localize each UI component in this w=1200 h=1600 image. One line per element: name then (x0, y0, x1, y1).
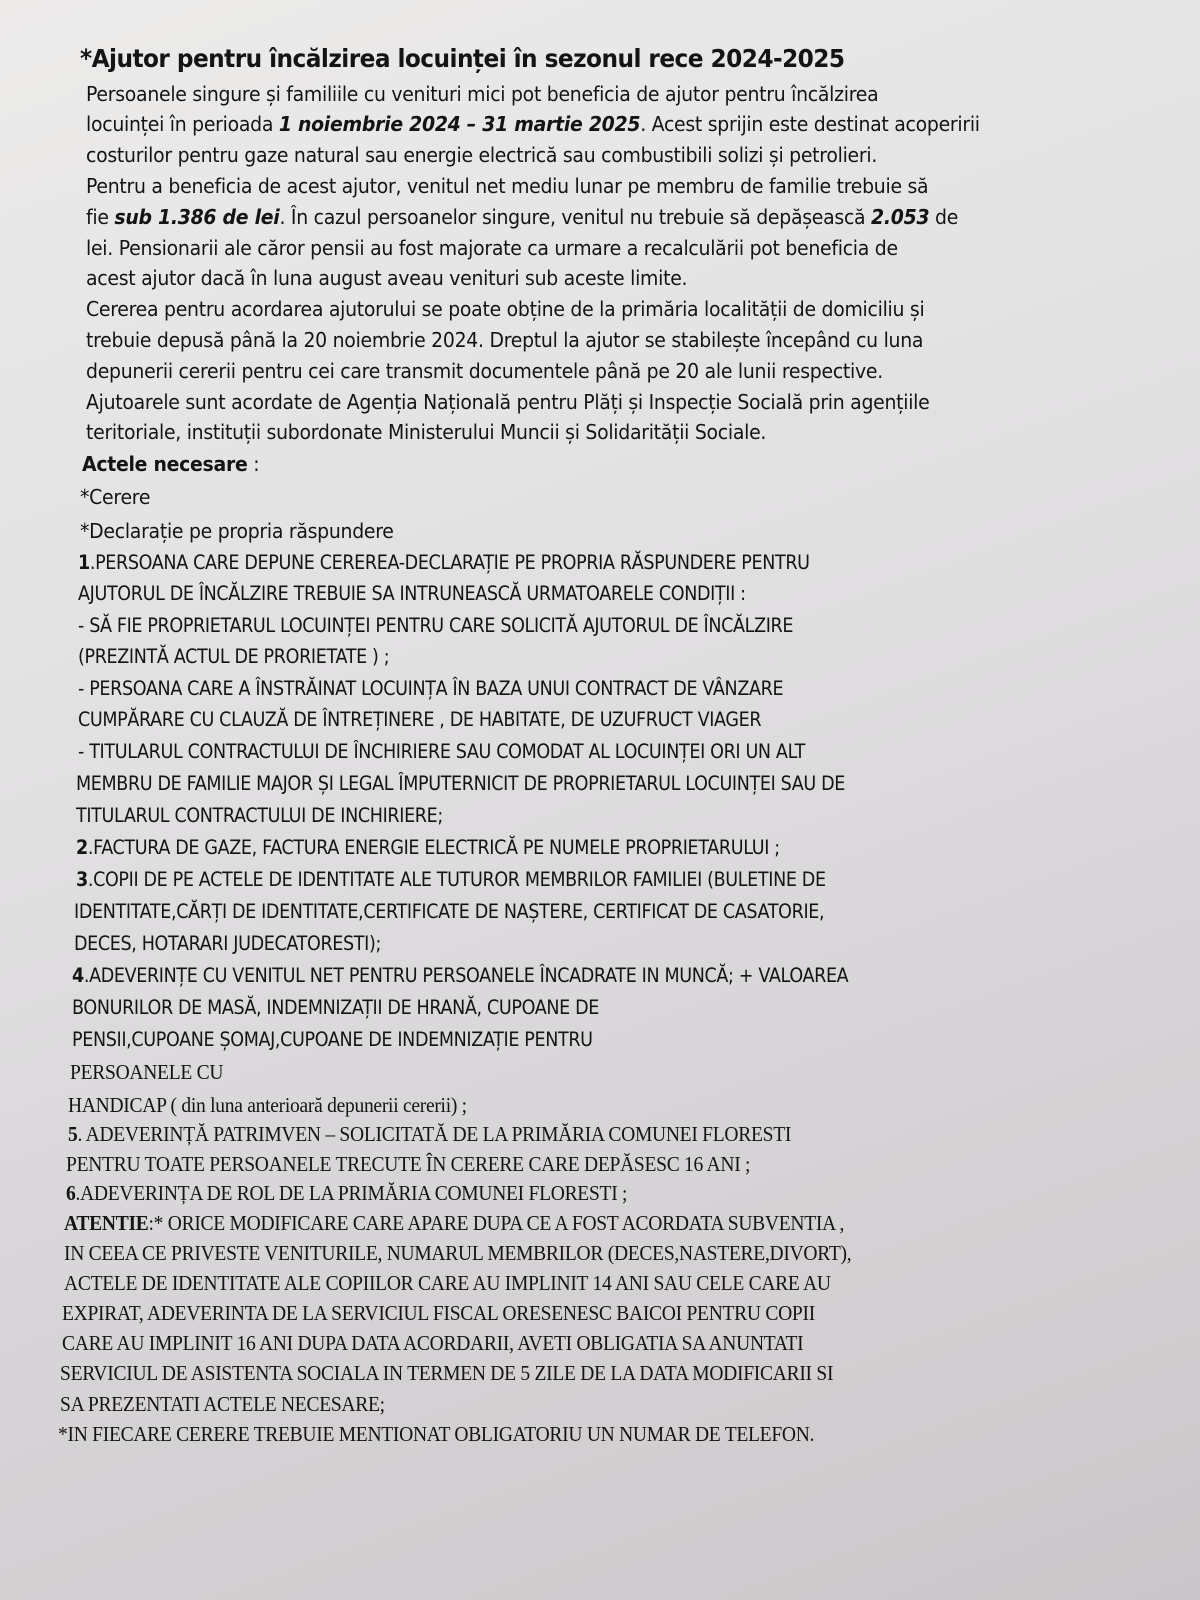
condition-line: 1.PERSOANA CARE DEPUNE CEREREA-DECLARAȚI… (78, 551, 810, 574)
condition-line: MEMBRU DE FAMILIE MAJOR ȘI LEGAL ÎMPUTER… (76, 772, 845, 795)
attention-line: SA PREZENTATI ACTELE NECESARE; (60, 1392, 385, 1417)
condition-line: AJUTORUL DE ÎNCĂLZIRE TREBUIE SA INTRUNE… (78, 582, 746, 605)
required-docs-heading: Actele necesare : (82, 452, 259, 476)
condition-line: 4.ADEVERINȚE CU VENITUL NET PENTRU PERSO… (72, 964, 848, 987)
condition-line: - PERSOANA CARE A ÎNSTRĂINAT LOCUINȚA ÎN… (78, 677, 783, 700)
condition-line: 3.COPII DE PE ACTELE DE IDENTITATE ALE T… (76, 868, 826, 891)
intro-line: trebuie depusă până la 20 noiembrie 2024… (86, 328, 923, 352)
intro-line: fie sub 1.386 de lei. În cazul persoanel… (86, 205, 958, 229)
phone-requirement-line: *IN FIECARE CERERE TREBUIE MENTIONAT OBL… (58, 1422, 814, 1447)
intro-line: locuinței în perioada 1 noiembrie 2024 –… (86, 112, 980, 136)
serif-line: PENTRU TOATE PERSOANELE TRECUTE ÎN CERER… (66, 1152, 750, 1177)
income-limit-single: 2.053 (871, 205, 929, 229)
attention-label: ATENTIE (64, 1211, 149, 1235)
condition-line: - SĂ FIE PROPRIETARUL LOCUINȚEI PENTRU C… (78, 614, 793, 637)
serif-line: 6.ADEVERINȚA DE ROL DE LA PRIMĂRIA COMUN… (66, 1181, 627, 1206)
condition-line: DECES, HOTARARI JUDECATORESTI); (74, 932, 381, 955)
intro-line: teritoriale, instituții subordonate Mini… (86, 420, 766, 444)
attention-line: ACTELE DE IDENTITATE ALE COPIILOR CARE A… (64, 1271, 831, 1296)
intro-line: Pentru a beneficia de acest ajutor, veni… (86, 174, 928, 198)
intro-line: acest ajutor dacă în luna august aveau v… (86, 266, 687, 290)
period-dates: 1 noiembrie 2024 – 31 martie 2025 (279, 112, 640, 136)
attention-line: SERVICIUL DE ASISTENTA SOCIALA IN TERMEN… (60, 1361, 833, 1386)
intro-line: Ajutoarele sunt acordate de Agenția Nați… (86, 390, 929, 414)
intro-line: Persoanele singure și familiile cu venit… (86, 82, 878, 106)
attention-line: CARE AU IMPLINIT 16 ANI DUPA DATA ACORDA… (62, 1331, 803, 1356)
condition-line: CUMPĂRARE CU CLAUZĂ DE ÎNTREȚINERE , DE … (78, 708, 761, 731)
attention-line: IN CEEA CE PRIVESTE VENITURILE, NUMARUL … (64, 1241, 851, 1266)
condition-line: BONURILOR DE MASĂ, INDEMNIZAȚII DE HRANĂ… (72, 996, 599, 1019)
attention-line: ATENTIE:* ORICE MODIFICARE CARE APARE DU… (64, 1211, 844, 1236)
serif-line: 5. ADEVERINȚĂ PATRIMVEN – SOLICITATĂ DE … (68, 1122, 791, 1147)
condition-line: PENSII,CUPOANE ȘOMAJ,CUPOANE DE INDEMNIZ… (72, 1028, 593, 1051)
condition-line: IDENTITATE,CĂRȚI DE IDENTITATE,CERTIFICA… (74, 900, 824, 923)
required-doc-item: *Declarație pe propria răspundere (80, 519, 394, 543)
intro-line: lei. Pensionarii ale căror pensii au fos… (86, 236, 898, 260)
serif-line: HANDICAP ( din luna anterioară depunerii… (68, 1093, 467, 1118)
document-page: *Ajutor pentru încălzirea locuinței în s… (0, 0, 1200, 1600)
income-limit-family: sub 1.386 de lei (114, 205, 279, 229)
intro-line: Cererea pentru acordarea ajutorului se p… (86, 297, 924, 321)
intro-line: costurilor pentru gaze natural sau energ… (86, 143, 877, 167)
condition-line: TITULARUL CONTRACTULUI DE INCHIRIERE; (76, 804, 443, 827)
document-title: *Ajutor pentru încălzirea locuinței în s… (80, 44, 845, 73)
condition-line: - TITULARUL CONTRACTULUI DE ÎNCHIRIERE S… (78, 740, 805, 763)
required-doc-item: *Cerere (80, 485, 150, 509)
condition-line: 2.FACTURA DE GAZE, FACTURA ENERGIE ELECT… (76, 836, 780, 859)
condition-line: (PREZINTĂ ACTUL DE PRORIETATE ) ; (78, 645, 389, 668)
intro-line: depunerii cererii pentru cei care transm… (86, 359, 883, 383)
serif-line: PERSOANELE CU (70, 1060, 223, 1085)
attention-line: EXPIRAT, ADEVERINTA DE LA SERVICIUL FISC… (62, 1301, 815, 1326)
